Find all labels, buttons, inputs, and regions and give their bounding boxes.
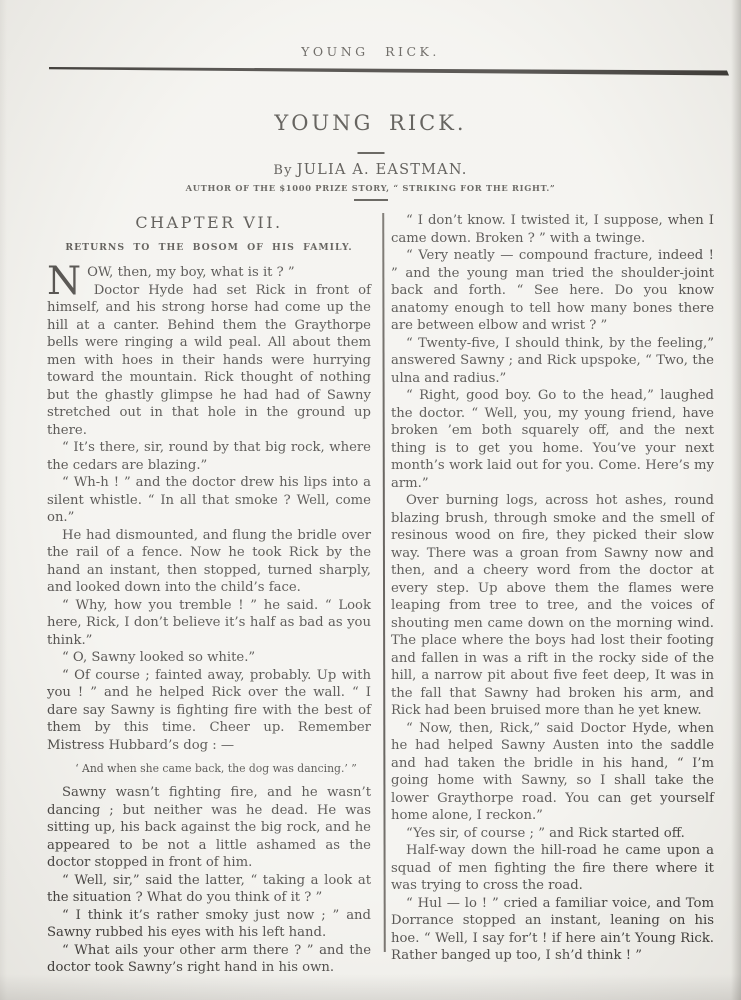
paragraph: “ Very neatly — compound fracture, indee… [391,247,714,335]
paragraph: He had dismounted, and flung the bridle … [47,527,371,597]
drop-cap: N [47,264,87,297]
left-column-text: NOW, then, my boy, what is it ? ” Doctor… [47,264,371,977]
text-column-left: CHAPTER VII. RETURNS TO THE BOSOM OF HIS… [47,212,371,977]
chapter-subtitle: RETURNS TO THE BOSOM OF HIS FAMILY. [47,242,371,253]
paragraph: “ Twenty-five, I should think, by the fe… [391,335,714,388]
paragraph: “ Well, sir,” said the latter, “ taking … [47,872,371,907]
paragraph: “ O, Sawny looked so white.” [47,649,371,667]
paragraph: “ Now, then, Rick,” said Doctor Hyde, wh… [391,720,714,825]
paragraph: “ I think it’s rather smoky just now ; ”… [47,907,371,942]
right-column-text: “ I don’t know. I twisted it, I suppose,… [391,212,714,965]
paragraph: “ Why, how you tremble ! ” he said. “ Lo… [47,597,371,650]
author-credit: AUTHOR OF THE $1000 PRIZE STORY, “ STRIK… [0,183,741,193]
text-column-right: “ I don’t know. I twisted it, I suppose,… [391,212,714,965]
header-rule [0,0,741,90]
paragraph: “ Hul — lo ! ” cried a familiar voice, a… [391,895,714,965]
paragraph: “ Wh-h ! ” and the doctor drew his lips … [47,474,371,527]
paragraph: Over burning logs, across hot ashes, rou… [391,492,714,720]
chapter-heading: CHAPTER VII. [47,213,371,232]
byline-prefix: By [273,163,292,178]
byline-author: JULIA A. EASTMAN. [297,162,468,178]
paragraph: “Yes sir, of course ; ” and Rick started… [391,825,714,843]
column-divider-rule [382,213,385,952]
paragraph: Half-way down the hill-road he came upon… [391,842,714,895]
paragraph: “ What ails your other arm there ? ” and… [47,942,371,977]
page-title: YOUNG RICK. [0,111,741,135]
book-page-scan: YOUNG RICK. YOUNG RICK. ByJULIA A. EASTM… [0,0,741,1000]
paragraph: “ Right, good boy. Go to the head,” laug… [391,387,714,492]
byline: ByJULIA A. EASTMAN. [0,162,741,178]
credit-divider-rule [354,199,388,201]
verse-line: ‘ And when she came back, the dog was da… [61,762,371,776]
paragraph: “ Of course ; fainted away, probably. Up… [47,667,371,755]
paragraph: “ It’s there, sir, round by that big roc… [47,439,371,474]
paragraph: Sawny wasn’t fighting fire, and he wasn’… [47,784,371,872]
paragraph: “ I don’t know. I twisted it, I suppose,… [391,212,714,247]
paragraph: NOW, then, my boy, what is it ? ” Doctor… [47,264,371,439]
title-divider-rule [357,152,384,154]
